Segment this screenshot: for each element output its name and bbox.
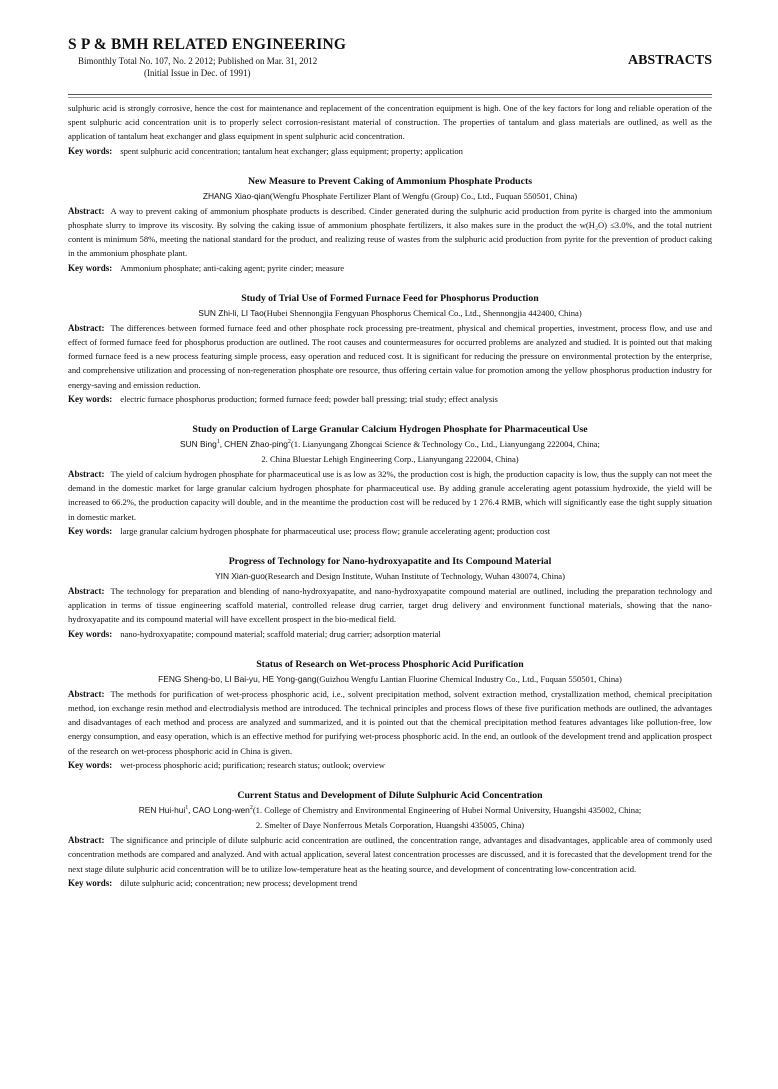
author-name-1: SUN Bing <box>180 439 217 449</box>
abstract: Abstract:The yield of calcium hydrogen p… <box>68 467 712 524</box>
article-title: New Measure to Prevent Caking of Ammoniu… <box>68 174 712 189</box>
author-sup-1: 1 <box>217 439 220 445</box>
article-authors: YIN Xian-guo(Research and Design Institu… <box>68 569 712 584</box>
affiliation: (Hubei Shennongjia Fengyuan Phosphorus C… <box>264 308 582 318</box>
keywords-text: wet-process phosphoric acid; purificatio… <box>120 760 385 770</box>
abstract-label: Abstract: <box>68 206 105 216</box>
article: Study on Production of Large Granular Ca… <box>68 422 712 538</box>
keywords: Key words:large granular calcium hydroge… <box>68 524 712 538</box>
continued-abstract: sulphuric acid is strongly corrosive, he… <box>68 101 712 158</box>
author-names: FENG Sheng-bo, LI Bai-yu, HE Yong-gang <box>158 674 316 684</box>
article-authors: SUN Zhi-li, LI Tao(Hubei Shennongjia Fen… <box>68 306 712 321</box>
keywords-label: Key words: <box>68 760 112 770</box>
abstract-text: The differences between formed furnace f… <box>68 323 712 390</box>
abstract-text: sulphuric acid is strongly corrosive, he… <box>68 101 712 144</box>
author-name-2: CHEN Zhao-ping <box>224 439 288 449</box>
keywords-label: Key words: <box>68 146 112 156</box>
article-authors: SUN Bing1, CHEN Zhao-ping2(1. Lianyungan… <box>68 437 712 452</box>
article-authors: REN Hui-hui1, CAO Long-wen2(1. College o… <box>68 803 712 818</box>
article: Study of Trial Use of Formed Furnace Fee… <box>68 291 712 406</box>
abstract-label: Abstract: <box>68 835 105 845</box>
initial-issue: (Initial Issue in Dec. of 1991) <box>144 68 250 78</box>
keywords-text: electric furnace phosphorus production; … <box>120 394 498 404</box>
keywords-label: Key words: <box>68 878 112 888</box>
keywords: Key words:spent sulphuric acid concentra… <box>68 144 712 158</box>
article: Status of Research on Wet-process Phosph… <box>68 657 712 772</box>
keywords-label: Key words: <box>68 394 112 404</box>
keywords-label: Key words: <box>68 629 112 639</box>
keywords-text: dilute sulphuric acid; concentration; ne… <box>120 878 357 888</box>
affiliation-line-2: 2. Smelter of Daye Nonferrous Metals Cor… <box>68 818 712 833</box>
article-title: Study of Trial Use of Formed Furnace Fee… <box>68 291 712 306</box>
article-title: Status of Research on Wet-process Phosph… <box>68 657 712 672</box>
abstract-text: The yield of calcium hydrogen phosphate … <box>68 469 712 522</box>
journal-title: S P & BMH RELATED ENGINEERING <box>68 36 346 54</box>
affiliation-line-2: 2. China Bluestar Lehigh Engineering Cor… <box>68 452 712 467</box>
keywords: Key words:Ammonium phosphate; anti-cakin… <box>68 261 712 275</box>
author-name-1: REN Hui-hui <box>139 805 186 815</box>
author-name-2: CAO Long-wen <box>193 805 250 815</box>
keywords-text: spent sulphuric acid concentration; tant… <box>120 146 463 156</box>
article-authors: FENG Sheng-bo, LI Bai-yu, HE Yong-gang(G… <box>68 672 712 687</box>
abstract-text: The significance and principle of dilute… <box>68 835 712 873</box>
abstract-text: The methods for purification of wet-proc… <box>68 689 712 756</box>
abstract: Abstract:The differences between formed … <box>68 321 712 392</box>
article-title: Current Status and Development of Dilute… <box>68 788 712 803</box>
abstract-label: Abstract: <box>68 586 105 596</box>
header-rule-secondary <box>68 97 712 98</box>
article-title: Study on Production of Large Granular Ca… <box>68 422 712 437</box>
affiliation: (Research and Design Institute, Wuhan In… <box>265 571 565 581</box>
abstract: Abstract:The technology for preparation … <box>68 584 712 627</box>
keywords-text: Ammonium phosphate; anti-caking agent; p… <box>120 263 344 273</box>
author-sup-1: 1 <box>185 805 188 811</box>
affiliation: (Wengfu Phosphate Fertilizer Plant of We… <box>270 191 577 201</box>
abstract-text: The technology for preparation and blend… <box>68 586 712 624</box>
author-names: SUN Zhi-li, LI Tao <box>198 308 263 318</box>
abstract: Abstract:The methods for purification of… <box>68 687 712 758</box>
keywords: Key words:dilute sulphuric acid; concent… <box>68 876 712 890</box>
abstracts-content: sulphuric acid is strongly corrosive, he… <box>68 101 712 890</box>
author-names: YIN Xian-guo <box>215 571 265 581</box>
section-label: ABSTRACTS <box>628 53 712 69</box>
keywords: Key words:electric furnace phosphorus pr… <box>68 392 712 406</box>
keywords: Key words:wet-process phosphoric acid; p… <box>68 758 712 772</box>
affiliation: (1. Lianyungang Zhongcai Science & Techn… <box>291 439 600 449</box>
article-title: Progress of Technology for Nano-hydroxya… <box>68 554 712 569</box>
article-authors: ZHANG Xiao-qian(Wengfu Phosphate Fertili… <box>68 189 712 204</box>
keywords-text: large granular calcium hydrogen phosphat… <box>120 526 550 536</box>
article: Current Status and Development of Dilute… <box>68 788 712 890</box>
keywords-text: nano-hydroxyapatite; compound material; … <box>120 629 441 639</box>
article: New Measure to Prevent Caking of Ammoniu… <box>68 174 712 275</box>
keywords-label: Key words: <box>68 263 112 273</box>
abstract-text: A way to prevent caking of ammonium phos… <box>68 206 712 259</box>
abstract-label: Abstract: <box>68 469 105 479</box>
header-rule <box>68 94 712 95</box>
page-header: S P & BMH RELATED ENGINEERING Bimonthly … <box>68 36 712 98</box>
affiliation: (Guizhou Wengfu Lantian Fluorine Chemica… <box>316 674 621 684</box>
author-names: ZHANG Xiao-qian <box>203 191 270 201</box>
article: Progress of Technology for Nano-hydroxya… <box>68 554 712 641</box>
keywords-label: Key words: <box>68 526 112 536</box>
abstract: Abstract:The significance and principle … <box>68 833 712 876</box>
abstract: Abstract:A way to prevent caking of ammo… <box>68 204 712 261</box>
abstract-label: Abstract: <box>68 323 105 333</box>
abstract-label: Abstract: <box>68 689 105 699</box>
affiliation: (1. College of Chemistry and Environment… <box>253 805 641 815</box>
keywords: Key words:nano-hydroxyapatite; compound … <box>68 627 712 641</box>
issue-line: Bimonthly Total No. 107, No. 2 2012; Pub… <box>78 56 317 66</box>
